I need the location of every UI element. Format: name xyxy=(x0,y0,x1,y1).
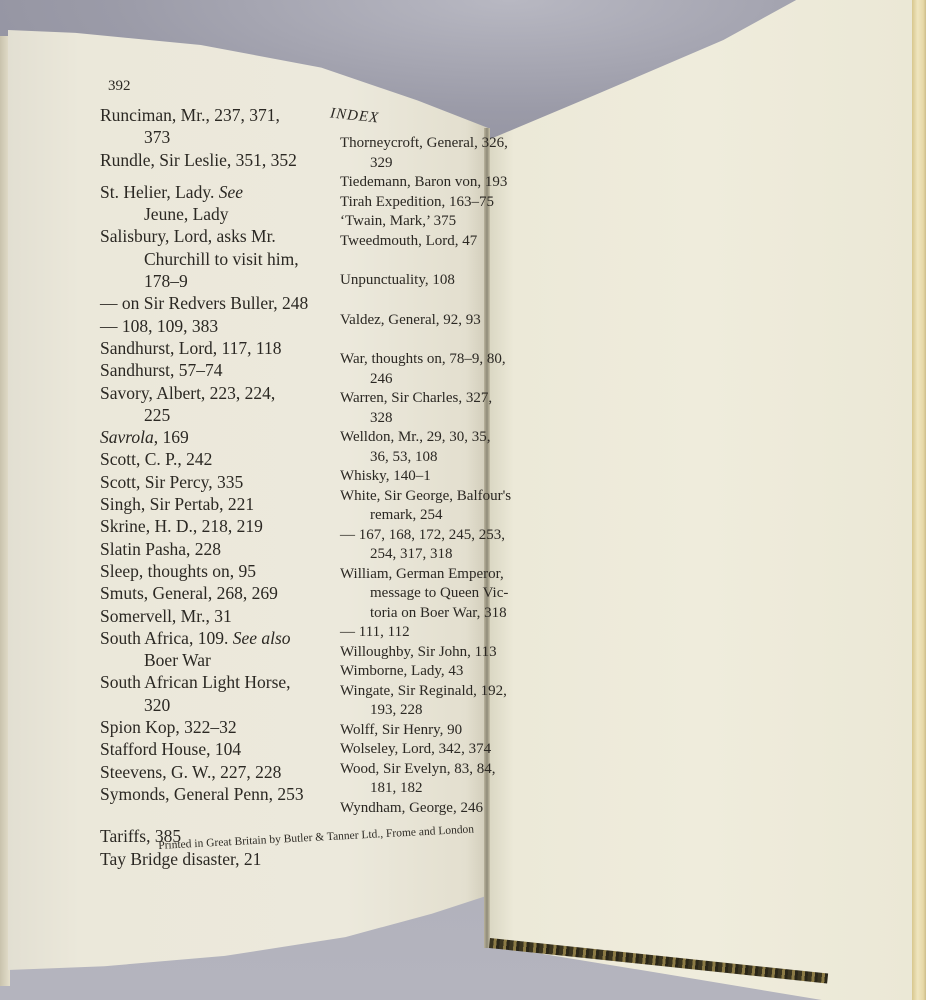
index-subentry: — on Sir Redvers Buller, 248 xyxy=(100,292,330,314)
index-entry-continuation: 193, 228 xyxy=(340,701,500,721)
index-entry: Willoughby, Sir John, 113 xyxy=(340,643,500,663)
index-entry: Stafford House, 104 xyxy=(100,738,330,760)
index-entry: Wingate, Sir Reginald, 192, xyxy=(340,682,500,702)
index-entry-continuation: 328 xyxy=(340,409,500,429)
index-entry-continuation: 246 xyxy=(340,370,500,390)
index-entry-continuation: toria on Boer War, 318 xyxy=(340,604,500,624)
index-entry: Sandhurst, Lord, 117, 118 xyxy=(100,337,330,359)
index-entry-continuation: 178–9 xyxy=(100,270,330,292)
index-column-right: Thorneycroft, General, 326, 329 Tiedeman… xyxy=(340,134,500,818)
index-entry: Wimborne, Lady, 43 xyxy=(340,662,500,682)
index-entry: Tay Bridge disaster, 21 xyxy=(100,848,330,870)
index-entry: St. Helier, Lady. See xyxy=(100,181,330,203)
index-entry: White, Sir George, Balfour's xyxy=(340,487,500,507)
index-entry: Wolseley, Lord, 342, 374 xyxy=(340,740,500,760)
index-entry: Wood, Sir Evelyn, 83, 84, xyxy=(340,760,500,780)
index-entry: Thorneycroft, General, 326, xyxy=(340,134,500,154)
index-text-block: 392 INDEX Runciman, Mr., 237, 371, 373 R… xyxy=(100,74,490,854)
page-number: 392 xyxy=(108,78,131,95)
index-entry: Runciman, Mr., 237, 371, xyxy=(100,104,330,126)
index-entry: Wyndham, George, 246 xyxy=(340,799,500,819)
index-entry: ‘Twain, Mark,’ 375 xyxy=(340,212,500,232)
index-entry: Valdez, General, 92, 93 xyxy=(340,311,500,331)
index-entry: Tirah Expedition, 163–75 xyxy=(340,193,500,213)
index-entry: Skrine, H. D., 218, 219 xyxy=(100,515,330,537)
index-subentry: — 167, 168, 172, 245, 253, xyxy=(340,526,500,546)
book-title: Savrola xyxy=(100,427,154,447)
index-entry-continuation: 36, 53, 108 xyxy=(340,448,500,468)
index-entry: Symonds, General Penn, 253 xyxy=(100,783,330,805)
index-entry: Smuts, General, 268, 269 xyxy=(100,582,330,604)
index-entry: William, German Emperor, xyxy=(340,565,500,585)
index-entry: Unpunctuality, 108 xyxy=(340,271,500,291)
index-entry: Somervell, Mr., 31 xyxy=(100,605,330,627)
right-page-blank xyxy=(488,0,916,1000)
see-also-reference: See also xyxy=(233,628,291,648)
index-entry: Savory, Albert, 223, 224, xyxy=(100,382,330,404)
index-entry-continuation: Boer War xyxy=(100,649,330,671)
index-entry-continuation: Jeune, Lady xyxy=(100,203,330,225)
index-entry: Savrola, 169 xyxy=(100,426,330,448)
index-entry-continuation: 373 xyxy=(100,126,330,148)
index-subentry: — 111, 112 xyxy=(340,623,500,643)
index-entry-continuation: Churchill to visit him, xyxy=(100,248,330,270)
index-entry-continuation: message to Queen Vic- xyxy=(340,584,500,604)
index-entry: Spion Kop, 322–32 xyxy=(100,716,330,738)
index-entry: Slatin Pasha, 228 xyxy=(100,538,330,560)
index-entry: Scott, C. P., 242 xyxy=(100,448,330,470)
index-entry: Tiedemann, Baron von, 193 xyxy=(340,173,500,193)
index-column-left: Runciman, Mr., 237, 371, 373 Rundle, Sir… xyxy=(100,104,330,870)
index-entry: Salisbury, Lord, asks Mr. xyxy=(100,225,330,247)
index-entry: Steevens, G. W., 227, 228 xyxy=(100,761,330,783)
gilt-page-edge xyxy=(912,0,926,1000)
index-entry-continuation: 329 xyxy=(340,154,500,174)
index-entry: Whisky, 140–1 xyxy=(340,467,500,487)
index-entry: Sandhurst, 57–74 xyxy=(100,359,330,381)
index-subentry: — 108, 109, 383 xyxy=(100,315,330,337)
index-entry: Rundle, Sir Leslie, 351, 352 xyxy=(100,149,330,171)
index-entry-continuation: remark, 254 xyxy=(340,506,500,526)
index-entry-continuation: 225 xyxy=(100,404,330,426)
index-entry-continuation: 181, 182 xyxy=(340,779,500,799)
index-entry: Tweedmouth, Lord, 47 xyxy=(340,232,500,252)
index-entry-continuation: 254, 317, 318 xyxy=(340,545,500,565)
see-reference: See xyxy=(219,182,243,202)
index-entry: Sleep, thoughts on, 95 xyxy=(100,560,330,582)
index-entry: Scott, Sir Percy, 335 xyxy=(100,471,330,493)
index-entry: South African Light Horse, xyxy=(100,671,330,693)
index-entry: South Africa, 109. See also xyxy=(100,627,330,649)
index-entry-continuation: 320 xyxy=(100,694,330,716)
index-entry: Welldon, Mr., 29, 30, 35, xyxy=(340,428,500,448)
index-entry: Warren, Sir Charles, 327, xyxy=(340,389,500,409)
index-entry: War, thoughts on, 78–9, 80, xyxy=(340,350,500,370)
index-entry: Wolff, Sir Henry, 90 xyxy=(340,721,500,741)
index-entry: Singh, Sir Pertab, 221 xyxy=(100,493,330,515)
running-head: INDEX xyxy=(329,105,380,127)
